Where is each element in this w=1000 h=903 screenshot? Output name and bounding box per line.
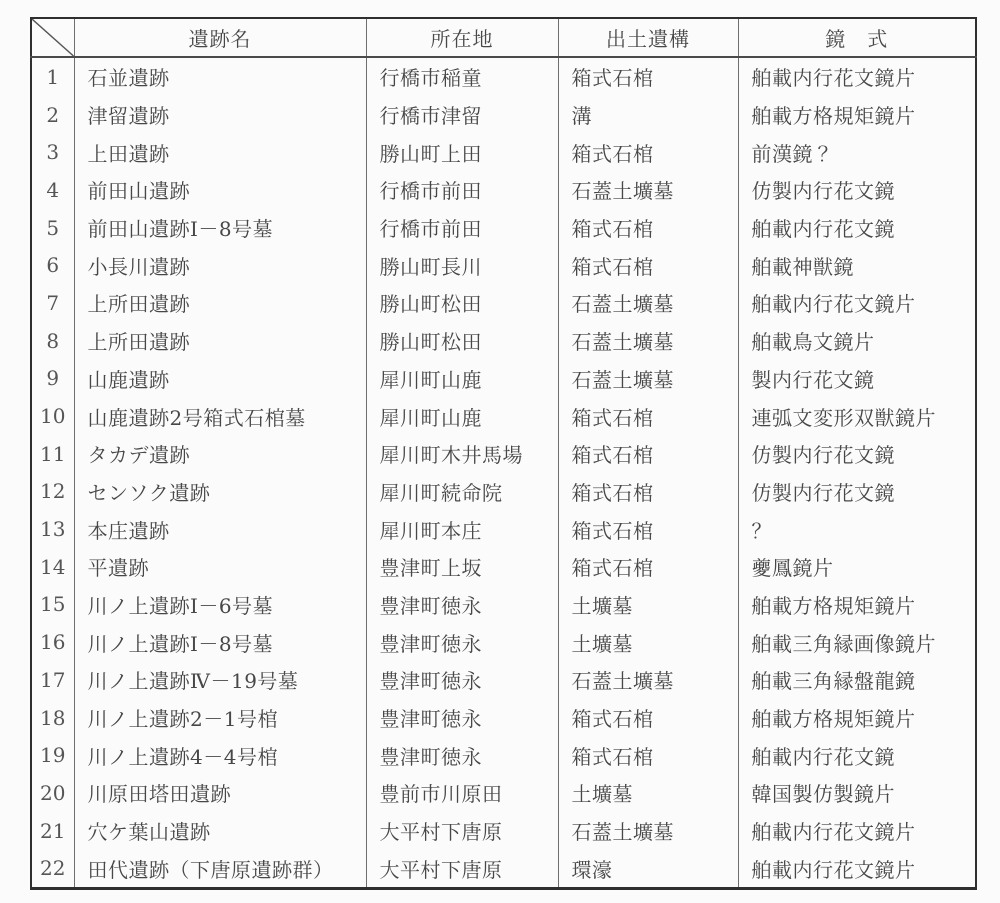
table-row: 13 本庄遺跡 犀川町本庄 箱式石棺 ？ xyxy=(31,510,976,548)
feature-cell: 土壙墓 xyxy=(558,586,738,624)
mirror-type-cell: 舶載方格規矩鏡片 xyxy=(738,699,976,737)
row-number-cell: 21 xyxy=(31,812,74,850)
table-row: 21 穴ケ葉山遺跡 大平村下唐原 石蓋土壙墓 舶載内行花文鏡片 xyxy=(31,812,976,850)
site-name-cell: 川原田塔田遺跡 xyxy=(74,774,366,812)
table-row: 7 上所田遺跡 勝山町松田 石蓋土壙墓 舶載内行花文鏡片 xyxy=(31,284,976,322)
location-cell: 行橋市前田 xyxy=(366,171,558,209)
table-row: 6 小長川遺跡 勝山町長川 箱式石棺 舶載神獣鏡 xyxy=(31,246,976,284)
site-name-cell: タカデ遺跡 xyxy=(74,435,366,473)
row-number-cell: 12 xyxy=(31,473,74,511)
site-name-cell: 穴ケ葉山遺跡 xyxy=(74,812,366,850)
mirror-type-cell: 舶載内行花文鏡片 xyxy=(738,284,976,322)
mirror-type-cell: 舶載内行花文鏡片 xyxy=(738,849,976,888)
row-number-cell: 1 xyxy=(31,57,74,96)
site-name-cell: 上所田遺跡 xyxy=(74,284,366,322)
row-number-cell: 16 xyxy=(31,623,74,661)
row-number-cell: 5 xyxy=(31,209,74,247)
row-number-cell: 17 xyxy=(31,661,74,699)
feature-cell: 箱式石棺 xyxy=(558,699,738,737)
mirror-type-cell: 前漢鏡？ xyxy=(738,133,976,171)
mirror-type-cell: ？ xyxy=(738,510,976,548)
location-cell: 豊津町徳永 xyxy=(366,736,558,774)
feature-cell: 箱式石棺 xyxy=(558,133,738,171)
location-cell: 豊津町徳永 xyxy=(366,623,558,661)
header-row: 遺跡名 所在地 出土遺構 鏡 式 xyxy=(31,18,976,57)
site-name-cell: 田代遺跡（下唐原遺跡群） xyxy=(74,849,366,888)
site-name-cell: 本庄遺跡 xyxy=(74,510,366,548)
table-row: 4 前田山遺跡 行橋市前田 石蓋土壙墓 仿製内行花文鏡 xyxy=(31,171,976,209)
location-cell: 大平村下唐原 xyxy=(366,849,558,888)
header-feature: 出土遺構 xyxy=(558,18,738,57)
mirror-type-cell: 舶載内行花文鏡 xyxy=(738,209,976,247)
row-number-cell: 19 xyxy=(31,736,74,774)
location-cell: 勝山町松田 xyxy=(366,284,558,322)
header-site-name: 遺跡名 xyxy=(74,18,366,57)
row-number-cell: 3 xyxy=(31,133,74,171)
row-number-cell: 4 xyxy=(31,171,74,209)
site-name-cell: 上田遺跡 xyxy=(74,133,366,171)
mirror-type-cell: 舶載三角縁画像鏡片 xyxy=(738,623,976,661)
row-number-cell: 7 xyxy=(31,284,74,322)
mirror-type-cell: 韓国製仿製鏡片 xyxy=(738,774,976,812)
mirror-type-cell: 夔鳳鏡片 xyxy=(738,548,976,586)
feature-cell: 箱式石棺 xyxy=(558,57,738,96)
site-mirror-table: 遺跡名 所在地 出土遺構 鏡 式 1 石並遺跡 行橋市稲童 箱式石棺 舶載内行花… xyxy=(30,17,977,890)
mirror-type-cell: 仿製内行花文鏡 xyxy=(738,171,976,209)
table-row: 3 上田遺跡 勝山町上田 箱式石棺 前漢鏡？ xyxy=(31,133,976,171)
location-cell: 勝山町長川 xyxy=(366,246,558,284)
row-number-cell: 9 xyxy=(31,360,74,398)
corner-cell xyxy=(31,18,74,57)
feature-cell: 土壙墓 xyxy=(558,623,738,661)
mirror-type-cell: 舶載内行花文鏡片 xyxy=(738,57,976,96)
mirror-type-cell: 舶載方格規矩鏡片 xyxy=(738,586,976,624)
mirror-type-cell: 仿製内行花文鏡 xyxy=(738,435,976,473)
table-header: 遺跡名 所在地 出土遺構 鏡 式 xyxy=(31,18,976,57)
row-number-cell: 6 xyxy=(31,246,74,284)
table-row: 11 タカデ遺跡 犀川町木井馬場 箱式石棺 仿製内行花文鏡 xyxy=(31,435,976,473)
feature-cell: 石蓋土壙墓 xyxy=(558,171,738,209)
site-name-cell: 川ノ上遺跡Ⅰ－6号墓 xyxy=(74,586,366,624)
mirror-type-cell: 舶載内行花文鏡 xyxy=(738,736,976,774)
row-number-cell: 10 xyxy=(31,397,74,435)
feature-cell: 箱式石棺 xyxy=(558,736,738,774)
feature-cell: 石蓋土壙墓 xyxy=(558,322,738,360)
row-number-cell: 18 xyxy=(31,699,74,737)
table-row: 16 川ノ上遺跡Ⅰ－8号墓 豊津町徳永 土壙墓 舶載三角縁画像鏡片 xyxy=(31,623,976,661)
location-cell: 犀川町木井馬場 xyxy=(366,435,558,473)
header-location: 所在地 xyxy=(366,18,558,57)
row-number-cell: 13 xyxy=(31,510,74,548)
mirror-type-cell: 連弧文変形双獣鏡片 xyxy=(738,397,976,435)
table-row: 14 平遺跡 豊津町上坂 箱式石棺 夔鳳鏡片 xyxy=(31,548,976,586)
location-cell: 豊前市川原田 xyxy=(366,774,558,812)
feature-cell: 石蓋土壙墓 xyxy=(558,284,738,322)
corner-diagonal-line xyxy=(32,19,74,56)
site-name-cell: 山鹿遺跡 xyxy=(74,360,366,398)
mirror-type-cell: 舶載方格規矩鏡片 xyxy=(738,96,976,134)
feature-cell: 箱式石棺 xyxy=(558,397,738,435)
table-row: 22 田代遺跡（下唐原遺跡群） 大平村下唐原 環濠 舶載内行花文鏡片 xyxy=(31,849,976,888)
table-row: 17 川ノ上遺跡Ⅳ－19号墓 豊津町徳永 石蓋土壙墓 舶載三角縁盤龍鏡 xyxy=(31,661,976,699)
feature-cell: 箱式石棺 xyxy=(558,510,738,548)
site-name-cell: 川ノ上遺跡2－1号棺 xyxy=(74,699,366,737)
site-name-cell: 前田山遺跡 xyxy=(74,171,366,209)
table-row: 1 石並遺跡 行橋市稲童 箱式石棺 舶載内行花文鏡片 xyxy=(31,57,976,96)
row-number-cell: 15 xyxy=(31,586,74,624)
site-name-cell: センソク遺跡 xyxy=(74,473,366,511)
row-number-cell: 11 xyxy=(31,435,74,473)
location-cell: 行橋市津留 xyxy=(366,96,558,134)
table-row: 15 川ノ上遺跡Ⅰ－6号墓 豊津町徳永 土壙墓 舶載方格規矩鏡片 xyxy=(31,586,976,624)
table-row: 18 川ノ上遺跡2－1号棺 豊津町徳永 箱式石棺 舶載方格規矩鏡片 xyxy=(31,699,976,737)
location-cell: 豊津町徳永 xyxy=(366,586,558,624)
site-name-cell: 平遺跡 xyxy=(74,548,366,586)
row-number-cell: 14 xyxy=(31,548,74,586)
table-row: 2 津留遺跡 行橋市津留 溝 舶載方格規矩鏡片 xyxy=(31,96,976,134)
location-cell: 豊津町徳永 xyxy=(366,661,558,699)
mirror-type-cell: 舶載三角縁盤龍鏡 xyxy=(738,661,976,699)
table-row: 5 前田山遺跡Ⅰ－8号墓 行橋市前田 箱式石棺 舶載内行花文鏡 xyxy=(31,209,976,247)
site-name-cell: 石並遺跡 xyxy=(74,57,366,96)
table-row: 10 山鹿遺跡2号箱式石棺墓 犀川町山鹿 箱式石棺 連弧文変形双獣鏡片 xyxy=(31,397,976,435)
feature-cell: 石蓋土壙墓 xyxy=(558,360,738,398)
mirror-type-cell: 舶載鳥文鏡片 xyxy=(738,322,976,360)
location-cell: 犀川町山鹿 xyxy=(366,360,558,398)
row-number-cell: 8 xyxy=(31,322,74,360)
scanned-page: 遺跡名 所在地 出土遺構 鏡 式 1 石並遺跡 行橋市稲童 箱式石棺 舶載内行花… xyxy=(0,0,1000,903)
mirror-type-cell: 舶載内行花文鏡片 xyxy=(738,812,976,850)
mirror-type-cell: 舶載神獣鏡 xyxy=(738,246,976,284)
row-number-cell: 22 xyxy=(31,849,74,888)
location-cell: 大平村下唐原 xyxy=(366,812,558,850)
feature-cell: 箱式石棺 xyxy=(558,473,738,511)
site-name-cell: 川ノ上遺跡4－4号棺 xyxy=(74,736,366,774)
feature-cell: 箱式石棺 xyxy=(558,548,738,586)
table-row: 9 山鹿遺跡 犀川町山鹿 石蓋土壙墓 製内行花文鏡 xyxy=(31,360,976,398)
location-cell: 勝山町上田 xyxy=(366,133,558,171)
feature-cell: 環濠 xyxy=(558,849,738,888)
mirror-type-cell: 製内行花文鏡 xyxy=(738,360,976,398)
header-mirror-type: 鏡 式 xyxy=(738,18,976,57)
table-row: 20 川原田塔田遺跡 豊前市川原田 土壙墓 韓国製仿製鏡片 xyxy=(31,774,976,812)
site-name-cell: 前田山遺跡Ⅰ－8号墓 xyxy=(74,209,366,247)
location-cell: 行橋市稲童 xyxy=(366,57,558,96)
site-name-cell: 川ノ上遺跡Ⅰ－8号墓 xyxy=(74,623,366,661)
feature-cell: 溝 xyxy=(558,96,738,134)
mirror-type-cell: 仿製内行花文鏡 xyxy=(738,473,976,511)
location-cell: 豊津町上坂 xyxy=(366,548,558,586)
table-row: 19 川ノ上遺跡4－4号棺 豊津町徳永 箱式石棺 舶載内行花文鏡 xyxy=(31,736,976,774)
location-cell: 犀川町本庄 xyxy=(366,510,558,548)
feature-cell: 箱式石棺 xyxy=(558,209,738,247)
location-cell: 犀川町続命院 xyxy=(366,473,558,511)
site-name-cell: 川ノ上遺跡Ⅳ－19号墓 xyxy=(74,661,366,699)
location-cell: 行橋市前田 xyxy=(366,209,558,247)
site-name-cell: 小長川遺跡 xyxy=(74,246,366,284)
site-name-cell: 上所田遺跡 xyxy=(74,322,366,360)
table-body: 1 石並遺跡 行橋市稲童 箱式石棺 舶載内行花文鏡片 2 津留遺跡 行橋市津留 … xyxy=(31,57,976,889)
row-number-cell: 2 xyxy=(31,96,74,134)
feature-cell: 箱式石棺 xyxy=(558,246,738,284)
feature-cell: 土壙墓 xyxy=(558,774,738,812)
feature-cell: 石蓋土壙墓 xyxy=(558,661,738,699)
table-row: 12 センソク遺跡 犀川町続命院 箱式石棺 仿製内行花文鏡 xyxy=(31,473,976,511)
location-cell: 勝山町松田 xyxy=(366,322,558,360)
location-cell: 豊津町徳永 xyxy=(366,699,558,737)
row-number-cell: 20 xyxy=(31,774,74,812)
site-name-cell: 津留遺跡 xyxy=(74,96,366,134)
location-cell: 犀川町山鹿 xyxy=(366,397,558,435)
site-name-cell: 山鹿遺跡2号箱式石棺墓 xyxy=(74,397,366,435)
feature-cell: 石蓋土壙墓 xyxy=(558,812,738,850)
feature-cell: 箱式石棺 xyxy=(558,435,738,473)
table-row: 8 上所田遺跡 勝山町松田 石蓋土壙墓 舶載鳥文鏡片 xyxy=(31,322,976,360)
